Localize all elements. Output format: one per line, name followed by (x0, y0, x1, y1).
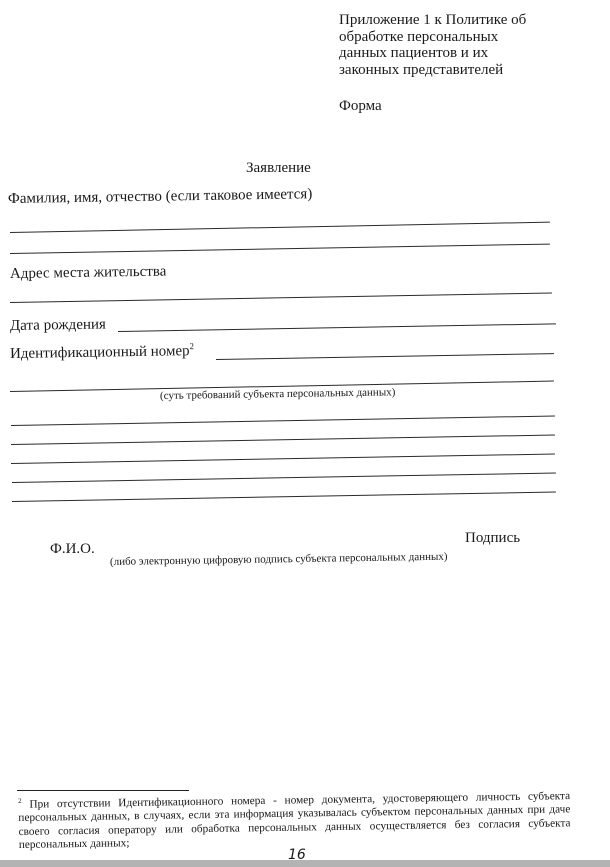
footnote-marker: 2 (18, 797, 22, 805)
requirements-line-4[interactable] (12, 473, 556, 483)
form-label: Форма (339, 98, 382, 115)
address-label: Адрес места жительства (10, 264, 167, 283)
fio-label: Ф.И.О. (50, 541, 95, 558)
id-number-label-text: Идентификационный номер (10, 343, 190, 362)
birth-date-line[interactable] (118, 323, 556, 332)
document-title: Заявление (246, 160, 311, 177)
footnote-text: При отсутствии Идентификационного номера… (18, 790, 570, 851)
full-name-label: Фамилия, имя, отчество (если таковое име… (8, 186, 313, 208)
annex-line: данных пациентов и их (339, 45, 604, 62)
footnote: 2 При отсутствии Идентификационного номе… (18, 786, 571, 852)
footnote-ref: 2 (189, 341, 194, 351)
bottom-bar (0, 860, 610, 867)
annex-line: законных представителей (339, 62, 604, 79)
full-name-line-1[interactable] (10, 222, 550, 233)
birth-date-label: Дата рождения (10, 316, 106, 335)
signature-label: Подпись (465, 530, 520, 547)
annex-header: Приложение 1 к Политике об обработке пер… (339, 12, 604, 78)
id-number-line[interactable] (216, 353, 554, 360)
requirements-line-1[interactable] (11, 416, 555, 426)
full-name-line-2[interactable] (10, 244, 550, 254)
annex-line: Приложение 1 к Политике об (339, 12, 604, 29)
requirements-line-2[interactable] (11, 435, 555, 445)
requirements-caption: (суть требований субъекта персональных д… (160, 386, 396, 402)
requirements-line-3[interactable] (11, 454, 555, 464)
id-number-label: Идентификационный номер2 (10, 341, 194, 363)
signature-caption: (либо электронную цифровую подпись субъе… (110, 551, 448, 568)
annex-line: обработке персональных (339, 29, 604, 46)
address-line[interactable] (10, 293, 552, 303)
footnote-separator (17, 790, 189, 791)
requirements-line-5[interactable] (12, 492, 556, 502)
